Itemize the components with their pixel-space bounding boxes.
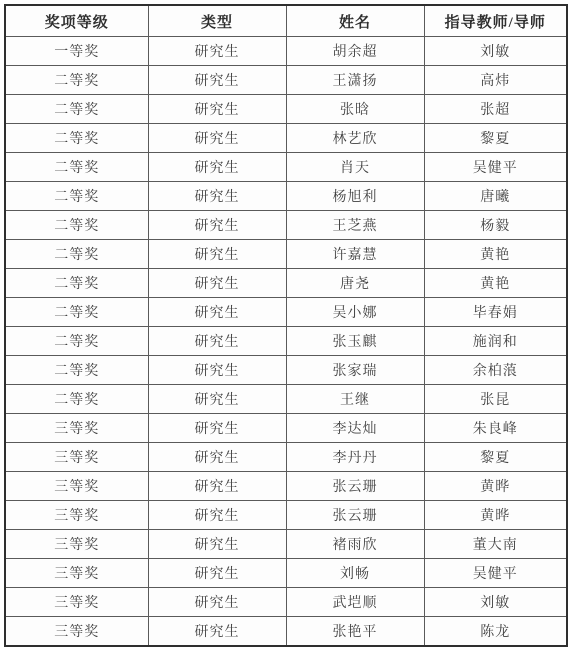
table-cell: 黄晔 — [424, 501, 567, 530]
table-cell: 吴健平 — [424, 559, 567, 588]
table-cell: 刘敏 — [424, 588, 567, 617]
table-cell: 二等奖 — [5, 356, 148, 385]
table-row: 二等奖研究生王潇扬高炜 — [5, 66, 567, 95]
table-cell: 黎夏 — [424, 443, 567, 472]
table-row: 二等奖研究生林艺欣黎夏 — [5, 124, 567, 153]
table-cell: 二等奖 — [5, 153, 148, 182]
table-cell: 二等奖 — [5, 269, 148, 298]
table-row: 二等奖研究生张家瑞余柏蒗 — [5, 356, 567, 385]
table-body: 一等奖研究生胡余超刘敏二等奖研究生王潇扬高炜二等奖研究生张晗张超二等奖研究生林艺… — [5, 37, 567, 647]
table-cell: 三等奖 — [5, 530, 148, 559]
table-row: 三等奖研究生张艳平陈龙 — [5, 617, 567, 647]
table-cell: 唐尧 — [286, 269, 424, 298]
table-cell: 吴健平 — [424, 153, 567, 182]
table-cell: 刘敏 — [424, 37, 567, 66]
table-cell: 研究生 — [148, 269, 286, 298]
table-cell: 研究生 — [148, 472, 286, 501]
column-header: 奖项等级 — [5, 5, 148, 37]
table-row: 二等奖研究生唐尧黄艳 — [5, 269, 567, 298]
table-cell: 杨旭利 — [286, 182, 424, 211]
table-cell: 研究生 — [148, 327, 286, 356]
table-cell: 吴小娜 — [286, 298, 424, 327]
table-row: 三等奖研究生李达灿朱良峰 — [5, 414, 567, 443]
table-cell: 研究生 — [148, 501, 286, 530]
table-cell: 李丹丹 — [286, 443, 424, 472]
awards-table-page: 奖项等级类型姓名指导教师/导师 一等奖研究生胡余超刘敏二等奖研究生王潇扬高炜二等… — [0, 0, 570, 650]
table-cell: 胡余超 — [286, 37, 424, 66]
table-cell: 研究生 — [148, 385, 286, 414]
table-cell: 一等奖 — [5, 37, 148, 66]
column-header: 类型 — [148, 5, 286, 37]
table-cell: 张玉麒 — [286, 327, 424, 356]
table-cell: 朱良峰 — [424, 414, 567, 443]
table-cell: 研究生 — [148, 588, 286, 617]
table-cell: 李达灿 — [286, 414, 424, 443]
table-cell: 研究生 — [148, 298, 286, 327]
table-cell: 张艳平 — [286, 617, 424, 647]
table-row: 二等奖研究生杨旭利唐曦 — [5, 182, 567, 211]
table-row: 二等奖研究生王继张昆 — [5, 385, 567, 414]
awards-table: 奖项等级类型姓名指导教师/导师 一等奖研究生胡余超刘敏二等奖研究生王潇扬高炜二等… — [4, 4, 568, 647]
table-cell: 研究生 — [148, 530, 286, 559]
table-cell: 褚雨欣 — [286, 530, 424, 559]
table-cell: 刘畅 — [286, 559, 424, 588]
table-row: 三等奖研究生刘畅吴健平 — [5, 559, 567, 588]
table-cell: 黄晔 — [424, 472, 567, 501]
table-cell: 王继 — [286, 385, 424, 414]
table-row: 三等奖研究生李丹丹黎夏 — [5, 443, 567, 472]
table-cell: 研究生 — [148, 66, 286, 95]
table-cell: 张家瑞 — [286, 356, 424, 385]
table-cell: 武垲顺 — [286, 588, 424, 617]
table-cell: 二等奖 — [5, 211, 148, 240]
table-cell: 研究生 — [148, 443, 286, 472]
table-cell: 余柏蒗 — [424, 356, 567, 385]
table-cell: 杨毅 — [424, 211, 567, 240]
table-cell: 二等奖 — [5, 385, 148, 414]
table-cell: 许嘉慧 — [286, 240, 424, 269]
table-cell: 三等奖 — [5, 501, 148, 530]
table-row: 二等奖研究生张晗张超 — [5, 95, 567, 124]
table-cell: 研究生 — [148, 182, 286, 211]
table-cell: 林艺欣 — [286, 124, 424, 153]
table-cell: 张云珊 — [286, 501, 424, 530]
table-row: 二等奖研究生许嘉慧黄艳 — [5, 240, 567, 269]
table-cell: 唐曦 — [424, 182, 567, 211]
table-cell: 研究生 — [148, 559, 286, 588]
table-cell: 王芝燕 — [286, 211, 424, 240]
table-cell: 二等奖 — [5, 298, 148, 327]
table-cell: 毕春娟 — [424, 298, 567, 327]
table-cell: 二等奖 — [5, 124, 148, 153]
table-row: 三等奖研究生褚雨欣董大南 — [5, 530, 567, 559]
table-cell: 三等奖 — [5, 443, 148, 472]
table-cell: 研究生 — [148, 414, 286, 443]
table-row: 二等奖研究生王芝燕杨毅 — [5, 211, 567, 240]
table-cell: 王潇扬 — [286, 66, 424, 95]
table-cell: 张晗 — [286, 95, 424, 124]
table-cell: 研究生 — [148, 240, 286, 269]
table-cell: 二等奖 — [5, 327, 148, 356]
table-cell: 研究生 — [148, 617, 286, 647]
table-row: 二等奖研究生张玉麒施润和 — [5, 327, 567, 356]
table-cell: 二等奖 — [5, 182, 148, 211]
table-cell: 张超 — [424, 95, 567, 124]
table-cell: 三等奖 — [5, 588, 148, 617]
table-cell: 张昆 — [424, 385, 567, 414]
table-cell: 黎夏 — [424, 124, 567, 153]
table-header-row: 奖项等级类型姓名指导教师/导师 — [5, 5, 567, 37]
table-cell: 施润和 — [424, 327, 567, 356]
table-cell: 二等奖 — [5, 66, 148, 95]
table-cell: 研究生 — [148, 211, 286, 240]
table-row: 三等奖研究生张云珊黄晔 — [5, 472, 567, 501]
table-cell: 董大南 — [424, 530, 567, 559]
table-cell: 二等奖 — [5, 95, 148, 124]
column-header: 姓名 — [286, 5, 424, 37]
table-cell: 肖天 — [286, 153, 424, 182]
table-cell: 黄艳 — [424, 240, 567, 269]
table-row: 二等奖研究生吴小娜毕春娟 — [5, 298, 567, 327]
table-cell: 三等奖 — [5, 559, 148, 588]
table-row: 一等奖研究生胡余超刘敏 — [5, 37, 567, 66]
table-row: 三等奖研究生张云珊黄晔 — [5, 501, 567, 530]
column-header: 指导教师/导师 — [424, 5, 567, 37]
table-row: 二等奖研究生肖天吴健平 — [5, 153, 567, 182]
table-cell: 三等奖 — [5, 617, 148, 647]
table-cell: 高炜 — [424, 66, 567, 95]
table-row: 三等奖研究生武垲顺刘敏 — [5, 588, 567, 617]
table-cell: 黄艳 — [424, 269, 567, 298]
table-cell: 研究生 — [148, 95, 286, 124]
table-cell: 三等奖 — [5, 472, 148, 501]
table-cell: 研究生 — [148, 124, 286, 153]
table-cell: 三等奖 — [5, 414, 148, 443]
table-cell: 二等奖 — [5, 240, 148, 269]
table-cell: 张云珊 — [286, 472, 424, 501]
table-header: 奖项等级类型姓名指导教师/导师 — [5, 5, 567, 37]
table-cell: 研究生 — [148, 153, 286, 182]
table-cell: 研究生 — [148, 37, 286, 66]
table-cell: 陈龙 — [424, 617, 567, 647]
table-cell: 研究生 — [148, 356, 286, 385]
